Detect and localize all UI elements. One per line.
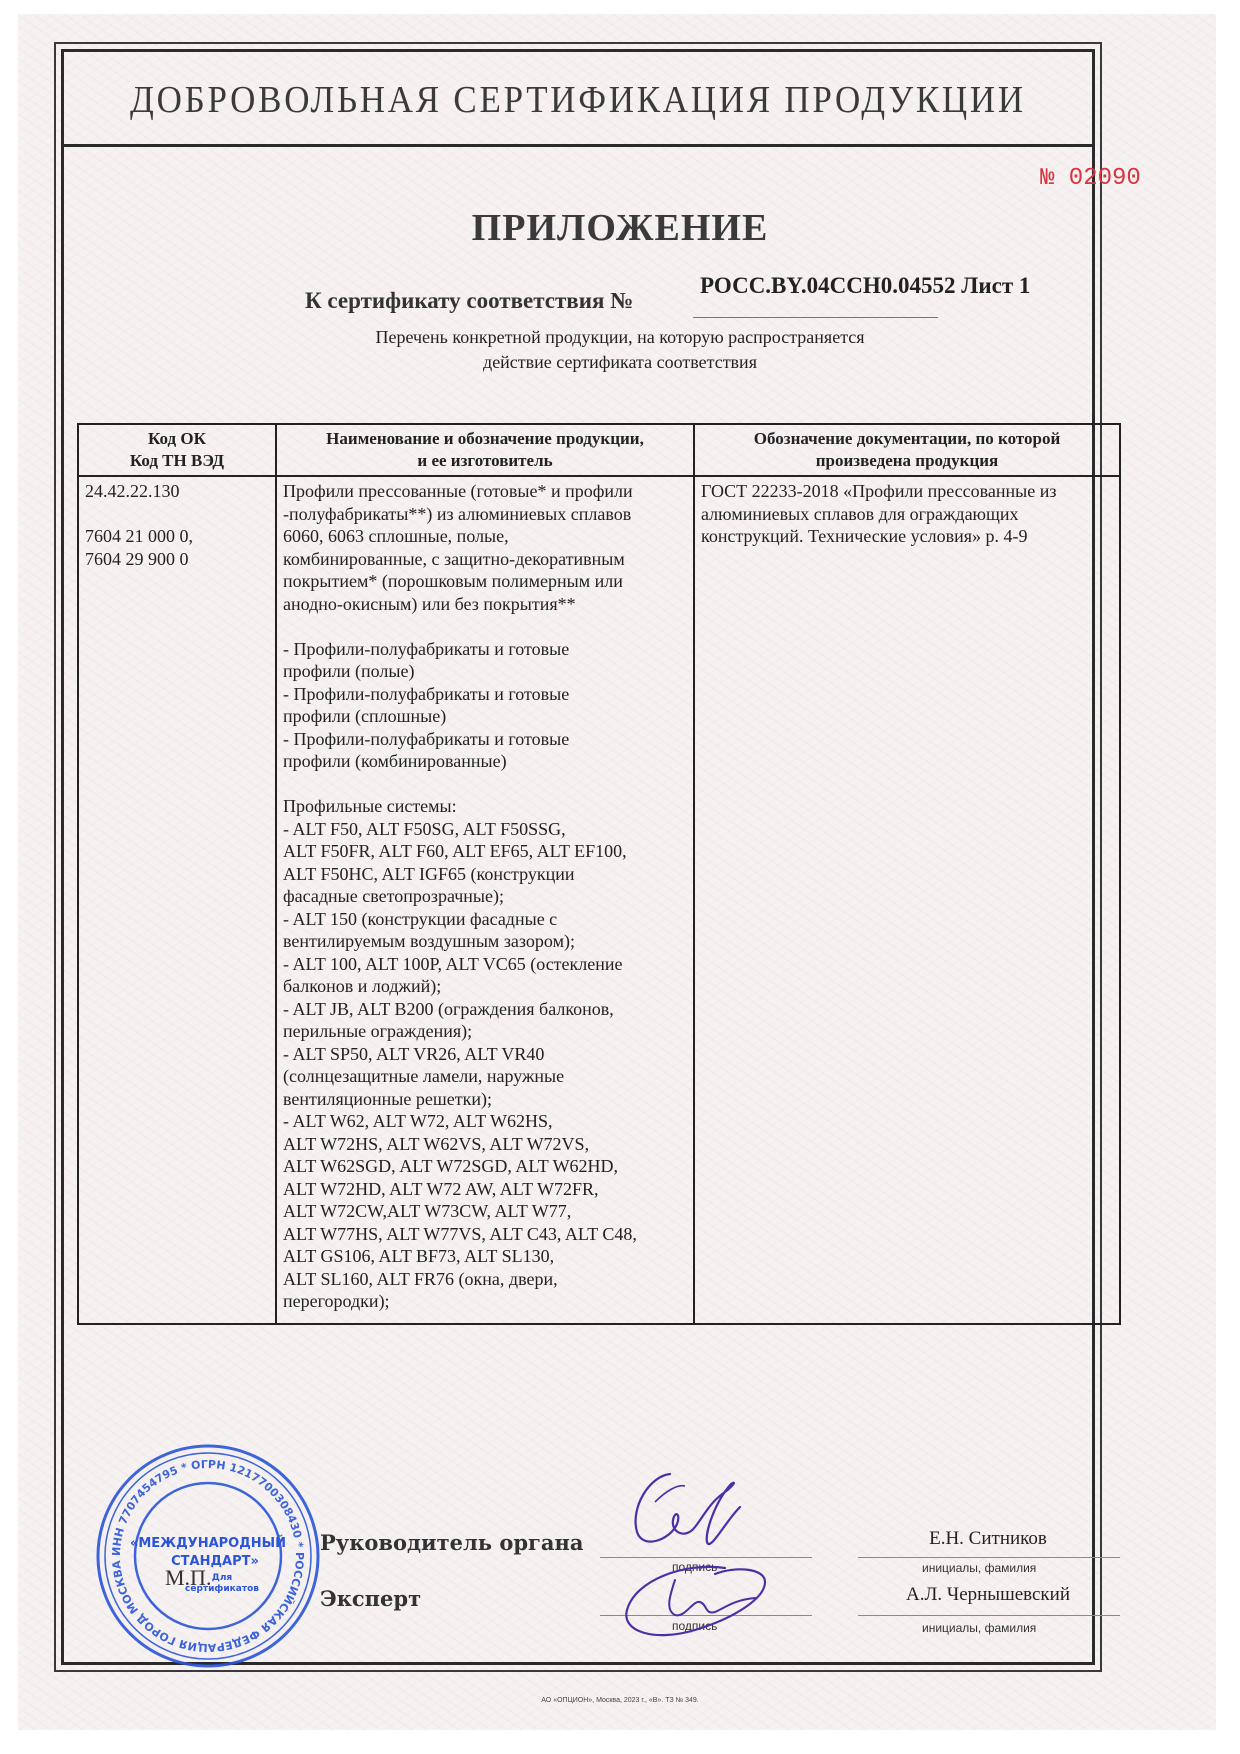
head-name: Е.Н. Ситников (858, 1528, 1118, 1550)
form-number: № 02090 (1040, 165, 1141, 192)
expert-name: А.Л. Чернышевский (858, 1584, 1118, 1606)
product-line: - Профили-полуфабрикаты и готовые (283, 683, 687, 706)
product-line: ALT W72CW,ALT W73CW, ALT W77, (283, 1200, 687, 1223)
documentation-line: конструкций. Технические условия» р. 4-9 (701, 525, 1113, 548)
product-line: - ALT SP50, ALT VR26, ALT VR40 (283, 1043, 687, 1066)
cell-codes: 24.42.22.130 7604 21 000 0, 7604 29 900 … (78, 476, 276, 1324)
product-line: 6060, 6063 сплошные, полые, (283, 525, 687, 548)
product-line: анодно-окисным) или без покрытия** (283, 593, 687, 616)
product-line: (солнцезащитные ламели, наружные (283, 1065, 687, 1088)
product-line: - Профили-полуфабрикаты и готовые (283, 638, 687, 661)
head-signature-icon (615, 1462, 815, 1562)
table-header-row: Код ОК Код ТН ВЭД Наименование и обознач… (78, 424, 1120, 476)
product-line: профили (комбинированные) (283, 750, 687, 773)
product-line: ALT SL160, ALT FR76 (окна, двери, (283, 1268, 687, 1291)
appendix-title: ПРИЛОЖЕНИЕ (0, 206, 1240, 250)
certificate-ref-value: РОСС.BY.04ССН0.04552 Лист 1 (700, 273, 1030, 299)
header-divider (61, 144, 1095, 147)
stamp-place-label: М.П. (165, 1565, 211, 1591)
subtitle-line-2: действие сертификата соответствия (0, 350, 1240, 375)
product-line: ALT W77HS, ALT W77VS, ALT C43, ALT C48, (283, 1223, 687, 1246)
svg-text:«МЕЖДУНАРОДНЫЙ: «МЕЖДУНАРОДНЫЙ (130, 1535, 286, 1551)
tnved-code-2: 7604 29 900 0 (85, 548, 269, 571)
printer-imprint: АО «ОПЦИОН», Москва, 2023 г., «В». ТЗ № … (0, 1697, 1240, 1704)
product-line: - Профили-полуфабрикаты и готовые (283, 728, 687, 751)
product-line: комбинированные, с защитно-декоративным (283, 548, 687, 571)
header-product-name: Наименование и обозначение продукции, и … (276, 424, 694, 476)
head-name-line (858, 1557, 1120, 1558)
documentation-lines: ГОСТ 22233-2018 «Профили прессованные из… (701, 480, 1113, 548)
product-line: ALT W72HS, ALT W62VS, ALT W72VS, (283, 1133, 687, 1156)
cell-documentation: ГОСТ 22233-2018 «Профили прессованные из… (694, 476, 1120, 1324)
subtitle: Перечень конкретной продукции, на котору… (0, 325, 1240, 375)
product-line: балконов и лоджий); (283, 975, 687, 998)
product-lines: Профили прессованные (готовые* и профили… (283, 480, 687, 1313)
product-line: - ALT 100, ALT 100P, ALT VC65 (остеклени… (283, 953, 687, 976)
documentation-line: алюминиевых сплавов для ограждающих (701, 503, 1113, 526)
product-line: профили (полые) (283, 660, 687, 683)
product-line: перильные ограждения); (283, 1020, 687, 1043)
subtitle-line-1: Перечень конкретной продукции, на котору… (0, 325, 1240, 350)
product-line: - ALT JB, ALT B200 (ограждения балконов, (283, 998, 687, 1021)
expert-name-line (858, 1615, 1120, 1616)
product-line: вентилируемым воздушным зазором); (283, 930, 687, 953)
product-line: ALT W62SGD, ALT W72SGD, ALT W62HD, (283, 1155, 687, 1178)
product-line: ALT F50HC, ALT IGF65 (конструкции (283, 863, 687, 886)
product-line (283, 615, 687, 638)
product-line: - ALT 150 (конструкции фасадные с (283, 908, 687, 931)
product-line (283, 773, 687, 796)
organization-stamp-icon: ИНН 7707454795 * ОГРН 1217700308430 * РО… (95, 1443, 321, 1669)
expert-role-label: Эксперт (320, 1586, 421, 1611)
certificate-ref-underline (693, 317, 938, 318)
svg-text:Для: Для (212, 1573, 233, 1583)
tnved-code-1: 7604 21 000 0, (85, 525, 269, 548)
product-line: ALT F50FR, ALT F60, ALT EF65, ALT EF100, (283, 840, 687, 863)
product-line: покрытием* (порошковым полимерным или (283, 570, 687, 593)
cell-product-description: Профили прессованные (готовые* и профили… (276, 476, 694, 1324)
product-table: Код ОК Код ТН ВЭД Наименование и обознач… (77, 423, 1121, 1325)
table-row: 24.42.22.130 7604 21 000 0, 7604 29 900 … (78, 476, 1120, 1324)
expert-name-caption: инициалы, фамилия (922, 1621, 1036, 1635)
header-documentation: Обозначение документации, по которой про… (694, 424, 1120, 476)
product-line: -полуфабрикаты**) из алюминиевых сплавов (283, 503, 687, 526)
product-line: ALT GS106, ALT BF73, ALT SL130, (283, 1245, 687, 1268)
product-line: - ALT W62, ALT W72, ALT W62HS, (283, 1110, 687, 1133)
certificate-ref-label: К сертификату соответствия № (305, 288, 633, 314)
product-line: ALT W72HD, ALT W72 AW, ALT W72FR, (283, 1178, 687, 1201)
product-line: фасадные светопрозрачные); (283, 885, 687, 908)
ok-code: 24.42.22.130 (85, 480, 269, 503)
product-line: вентиляционные решетки); (283, 1088, 687, 1111)
head-name-caption: инициалы, фамилия (922, 1561, 1036, 1575)
header-codes: Код ОК Код ТН ВЭД (78, 424, 276, 476)
expert-signature-icon (615, 1560, 815, 1650)
head-role-label: Руководитель органа (320, 1530, 583, 1555)
product-line: перегородки); (283, 1290, 687, 1313)
documentation-line: ГОСТ 22233-2018 «Профили прессованные из (701, 480, 1113, 503)
document-header-title: ДОБРОВОЛЬНАЯ СЕРТИФИКАЦИЯ ПРОДУКЦИИ (102, 78, 1053, 122)
product-line: Профильные системы: (283, 795, 687, 818)
product-line: профили (сплошные) (283, 705, 687, 728)
product-line: Профили прессованные (готовые* и профили (283, 480, 687, 503)
product-line: - ALT F50, ALT F50SG, ALT F50SSG, (283, 818, 687, 841)
